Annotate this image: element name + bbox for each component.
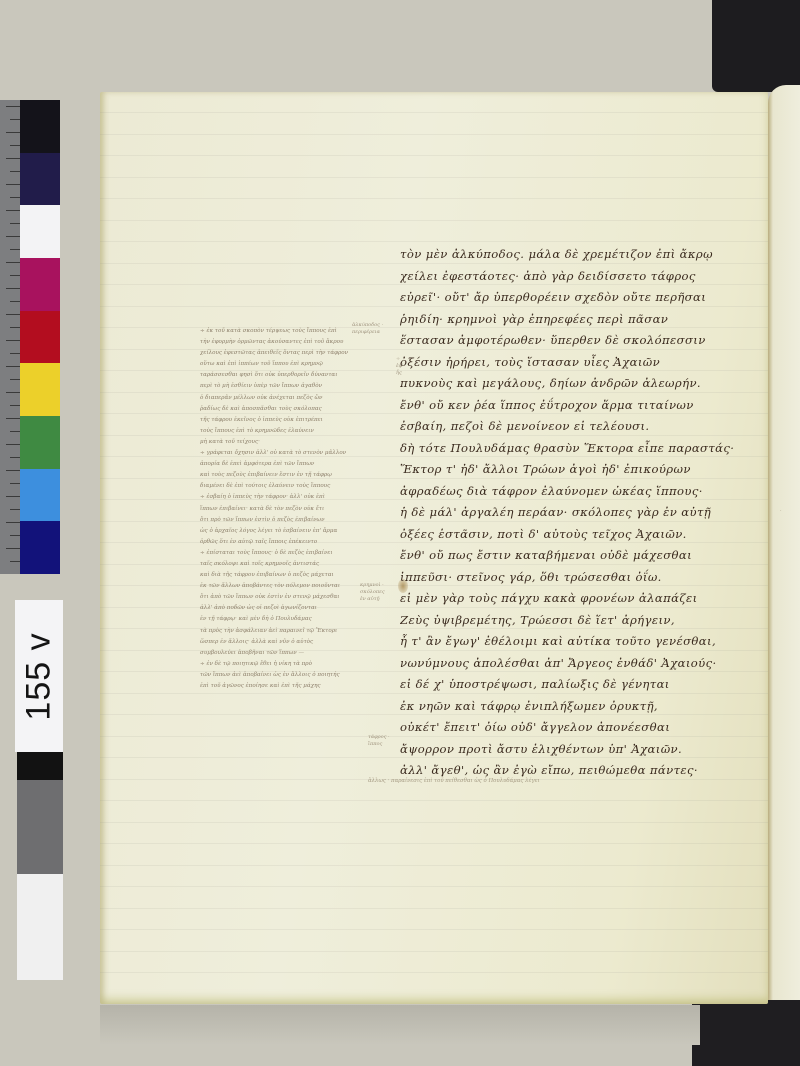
ruler-tick xyxy=(10,275,20,276)
text-line: ἡ δὲ μάλ' ἀργαλέη περάαν· σκόλοπες γὰρ ἐ… xyxy=(400,502,780,524)
ruler-tick xyxy=(10,561,20,562)
text-line: ὀξέες ἑστᾶσιν, ποτὶ δ' αὐτοὺς τεῖχος Ἀχα… xyxy=(400,524,780,546)
text-line: ἔνθ' οὔ κεν ῥέα ἵππος ἐΰτροχον ἅρμα τιτα… xyxy=(400,395,780,417)
ruling-line xyxy=(100,198,768,199)
ruling-line xyxy=(100,886,768,887)
ruling-line xyxy=(100,865,768,866)
ruling-line xyxy=(100,822,768,823)
ruler-tick xyxy=(10,119,20,120)
ruler-tick xyxy=(10,145,20,146)
ruler-tick xyxy=(10,457,20,458)
scholion-line: ὀρθῶς ὅτι ἐν αὐτῷ ταῖς ἵπποις ἐπέκειντο xyxy=(200,537,370,548)
scholion-line: ἀλλ' ἀπὸ ποδῶν ὡς οἱ πεζοὶ ἀγωνίζονται xyxy=(200,603,370,614)
ruling-line xyxy=(100,972,768,973)
scholion-line: περὶ τὸ μὴ ἐσθίειν ὑπὲρ τῶν ἵππων ἀγαθὸν xyxy=(200,381,370,392)
page-shadow xyxy=(100,1005,700,1045)
ruler-tick xyxy=(6,392,20,393)
ruler-tick xyxy=(6,236,20,237)
scholion-line: χείλους ἐφεστῶτας ἀπειθεῖς ὄντας περὶ τὴ… xyxy=(200,348,370,359)
ruler-tick xyxy=(6,314,20,315)
scholion-line: ἐν τῇ τάφρῳ· καὶ μὲν δὴ ὁ Πουλυδάμας xyxy=(200,614,370,625)
text-line: ἦ τ' ἂν ἔγωγ' ἐθέλοιμι καὶ αὐτίκα τοῦτο … xyxy=(400,631,780,653)
ruling-line xyxy=(100,112,768,113)
ruler-tick xyxy=(6,262,20,263)
background-dark-corner-top xyxy=(712,0,800,92)
text-line: δὴ τότε Πουλυδάμας θρασὺν Ἕκτορα εἶπε πα… xyxy=(400,438,780,460)
gray-patch-white xyxy=(17,874,63,980)
marginal-note: ἀλκύποδος · περιφέρεια xyxy=(352,322,392,336)
ruler-tick xyxy=(10,301,20,302)
scholion-line: ÷ ἐν δὲ τῷ ποιητικῷ ἔθει ἡ νίκη τὰ πρὸ xyxy=(200,659,370,670)
text-line: νωνύμνους ἀπολέσθαι ἀπ' Ἄργεος ἐνθάδ' Ἀχ… xyxy=(400,653,780,675)
text-line: ἱππεῦσι· στεῖνος γάρ, ὅθι τρώσεσθαι ὀΐω. xyxy=(400,567,780,589)
color-swatch-cyan-blue xyxy=(20,469,60,522)
scholion-line: διαμένει δὲ ἐπὶ τούτοις ἐλαύνειν τοὺς ἵπ… xyxy=(200,481,370,492)
color-swatch-green xyxy=(20,416,60,469)
scholion-line: ÷ ἐπίσταται τοὺς ἵππους· ὁ δὲ πεζὸς ἐπιβ… xyxy=(200,548,370,559)
text-line: ἐσβαίη, πεζοὶ δὲ μενοίνεον εἰ τελέουσι. xyxy=(400,416,780,438)
marginal-note: τάφρος · ἵππος xyxy=(368,734,398,748)
ruler-tick xyxy=(6,548,20,549)
scholion-line: ταράσσεσθαι φησὶ ὅτι οὐκ ὑπερθορεῖν δύνα… xyxy=(200,370,370,381)
text-line: ῥηιδίη· κρημνοὶ γὰρ ἐπηρεφέες περὶ πᾶσαν xyxy=(400,309,780,331)
ruler-tick xyxy=(6,522,20,523)
scholion-line: ÷ ἐκ τοῦ κατὰ σκοπὸν τέρψεως τοὺς ἵππους… xyxy=(200,326,370,337)
scholion-line: μὴ κατὰ τοῦ τείχους· xyxy=(200,437,370,448)
ruler-tick xyxy=(10,327,20,328)
ruler-tick xyxy=(6,210,20,211)
scholion-line: καὶ τοὺς πεζοὺς ἐπιβαίνειν ἔστιν ἐν τῇ τ… xyxy=(200,470,370,481)
gray-patch-mid-gray xyxy=(17,780,63,874)
scholion-line: ὅτι πρὸ τῶν ἵππων ἐστὶν ὁ πεζὸς ἐπιβαίνω… xyxy=(200,515,370,526)
ruler-tick xyxy=(6,288,20,289)
scholion-line: τὴν ἐφορμὴν ὁρμῶντας ἀκούσαντες ἐπὶ τοῦ … xyxy=(200,337,370,348)
color-swatch-red xyxy=(20,311,60,364)
scholion-line: ἀπορία δὲ ἐπεὶ ἀμφότερα ἐπὶ τῶν ἵππων xyxy=(200,459,370,470)
scholion-line: ὁ διαπερᾶν μέλλων οὐκ ἀνέχεται πεζὸς ὤν xyxy=(200,393,370,404)
ruler-tick xyxy=(10,171,20,172)
text-line: ἔνθ' οὔ πως ἔστιν καταβήμεναι οὐδὲ μάχεσ… xyxy=(400,545,780,567)
color-swatch-magenta xyxy=(20,258,60,311)
text-line: πυκνοὺς καὶ μεγάλους, δηίων ἀνδρῶν ἀλεωρ… xyxy=(400,373,780,395)
ruling-line xyxy=(100,155,768,156)
scholion-line: τὰ πρὸς τὴν ἀσφάλειαν ἀεὶ παραινεῖ τῷ Ἕκ… xyxy=(200,626,370,637)
scholion-line: ÷ γράφεται ὄχησιν ἀλλ' οὐ κατὰ τὸ στενὸν… xyxy=(200,448,370,459)
marginal-note: κρημνοὶ · σκόλοπες ἐν αὐτῇ xyxy=(360,582,388,603)
scholion-line: ὅτι ἀπὸ τῶν ἵππων οὐκ ἐστὶν ἐν στενῷ μάχ… xyxy=(200,592,370,603)
ruler-tick xyxy=(10,353,20,354)
ruling-line xyxy=(100,134,768,135)
ruler-tick xyxy=(6,366,20,367)
scholion-line: συμβουλεύει ἀποβῆναι τῶν ἵππων — xyxy=(200,648,370,659)
text-line: ὀξέσιν ἠρήρει, τοὺς ἵστασαν υἷες Ἀχαιῶν xyxy=(400,352,780,374)
marginal-note: · xyxy=(780,508,794,515)
scholion-line: τοὺς ἵππους ἐπὶ τὸ κρημνῶδες ἐλαύνειν xyxy=(200,426,370,437)
scholion-line: ἵππων ἐπιβαίνει· κατὰ δὲ τὸν πεζὸν οὐκ ἔ… xyxy=(200,504,370,515)
scholion-line: ἐπὶ τοῦ ἀγῶνος ἐποίησε καὶ ἐπὶ τῆς μάχης xyxy=(200,681,370,692)
ruler-tick xyxy=(6,470,20,471)
text-line: εὐρεῖ'· οὔτ' ἄρ ὑπερθορέειν σχεδὸν οὔτε … xyxy=(400,287,780,309)
ruler-tick xyxy=(6,158,20,159)
ruling-line xyxy=(100,929,768,930)
color-swatch-navy xyxy=(20,521,60,574)
text-line: χείλει ἐφεστάοτες· ἀπὸ γὰρ δειδίσσετο τά… xyxy=(400,266,780,288)
scholion-line: τῆς τάφρου ἐκεῖνος ὁ ἱππεὺς οὐκ ἐπιτρέπε… xyxy=(200,415,370,426)
text-line: οὐκέτ' ἔπειτ' ὀίω οὐδ' ἄγγελον ἀπονέεσθα… xyxy=(400,717,780,739)
text-line: εἰ μὲν γὰρ τοὺς πάγχυ κακὰ φρονέων ἀλαπά… xyxy=(400,588,780,610)
ruler-tick xyxy=(6,132,20,133)
ruler-tick xyxy=(10,197,20,198)
ruling-line xyxy=(100,241,768,242)
scholia-column: ÷ ἐκ τοῦ κατὰ σκοπὸν τέρψεως τοὺς ἵππους… xyxy=(200,326,370,692)
scholion-line: ÷ ἐσβαίη ὁ ἱππεὺς τὴν τάφρον· ἀλλ' οὐκ ἐ… xyxy=(200,492,370,503)
text-line: ἕστασαν ἀμφοτέρωθεν· ὕπερθεν δὲ σκολόπεσ… xyxy=(400,330,780,352)
text-line: τὸν μὲν ἀλκύποδος. μάλα δὲ χρεμέτιζον ἐπ… xyxy=(400,244,780,266)
text-line: εἰ δέ χ' ὑποστρέψωσι, παλίωξις δὲ γένητα… xyxy=(400,674,780,696)
ruler-tick xyxy=(10,431,20,432)
folio-number: 155 v xyxy=(20,632,59,720)
ruler-tick xyxy=(10,405,20,406)
color-swatch-black xyxy=(20,100,60,153)
text-line: ἐκ νηῶν καὶ τάφρῳ ἐνιπλήξωμεν ὀρυκτῇ, xyxy=(400,696,780,718)
color-swatch-white xyxy=(20,205,60,258)
text-line: ἄψορρον προτὶ ἄστυ ἑλιχθέντων ὑπ' Ἀχαιῶν… xyxy=(400,739,780,761)
scholion-line: τῶν ἵππων ἀεὶ ἀποβαίνει ὡς ἐν ἄλλοις ὁ π… xyxy=(200,670,370,681)
ruler-tick xyxy=(10,223,20,224)
ruler-tick xyxy=(10,249,20,250)
ruler-tick xyxy=(6,418,20,419)
ruler-tick xyxy=(6,444,20,445)
ruling-line xyxy=(100,908,768,909)
ruler-tick xyxy=(10,535,20,536)
color-calibration-chart xyxy=(20,100,60,574)
gray-scale-strip xyxy=(17,752,63,980)
gray-patch-black xyxy=(17,752,63,780)
ruler-tick xyxy=(10,483,20,484)
scholion-line: ῥαδίως δὲ καὶ ἀποσπᾶσθαι τοὺς σκόλοπας xyxy=(200,404,370,415)
bottom-marginal-line: ἄλλως · παραίνεσις ἐπὶ τοῦ πείθεσθαι ὡς … xyxy=(368,778,668,784)
text-line: ἀφραδέως διὰ τάφρον ἐλαύνομεν ὠκέας ἵππο… xyxy=(400,481,780,503)
main-text-block: τὸν μὲν ἀλκύποδος. μάλα δὲ χρεμέτιζον ἐπ… xyxy=(400,244,780,782)
ruling-line xyxy=(100,177,768,178)
scale-ruler xyxy=(0,100,20,574)
scholion-line: οὕτω καὶ ἐπὶ ἱππέων τοῦ ἵππου ἐπὶ κρημνῷ xyxy=(200,359,370,370)
ruling-line xyxy=(100,800,768,801)
ruler-tick xyxy=(6,184,20,185)
ruler-tick xyxy=(10,379,20,380)
ruling-line xyxy=(100,220,768,221)
text-line: Ζεὺς ὑψιβρεμέτης, Τρώεσσι δὲ ἵετ' ἀρήγει… xyxy=(400,610,780,632)
color-swatch-yellow xyxy=(20,363,60,416)
scholion-line: ὡς ὁ ἀρχαῖος λόγος λέγει τὸ ἐσβαίνειν ἐπ… xyxy=(200,526,370,537)
scholion-line: ἐκ τῶν ἄλλων ἀποβάντες τὸν πόλεμον ποιοῦ… xyxy=(200,581,370,592)
ruler-tick xyxy=(6,340,20,341)
ruler-tick xyxy=(10,509,20,510)
ruling-line xyxy=(100,843,768,844)
scholion-line: ὥσπερ ἐν ἄλλοις· ἀλλὰ καὶ νῦν ὁ αὐτὸς xyxy=(200,637,370,648)
color-swatch-dark-indigo xyxy=(20,153,60,206)
scholion-line: καὶ διὰ τῆς τάφρου ἐπιβαίνων ὁ πεζὸς μάχ… xyxy=(200,570,370,581)
ruler-tick xyxy=(6,106,20,107)
ruler-tick xyxy=(6,496,20,497)
ruling-line xyxy=(100,951,768,952)
folio-label-card: 155 v xyxy=(15,600,63,752)
text-line: Ἕκτορ τ' ἠδ' ἄλλοι Τρώων ἀγοὶ ἠδ' ἐπικού… xyxy=(400,459,780,481)
scholion-line: ταῖς σκόλοψι καὶ τοῖς κρημνοῖς ἀντιστάς xyxy=(200,559,370,570)
